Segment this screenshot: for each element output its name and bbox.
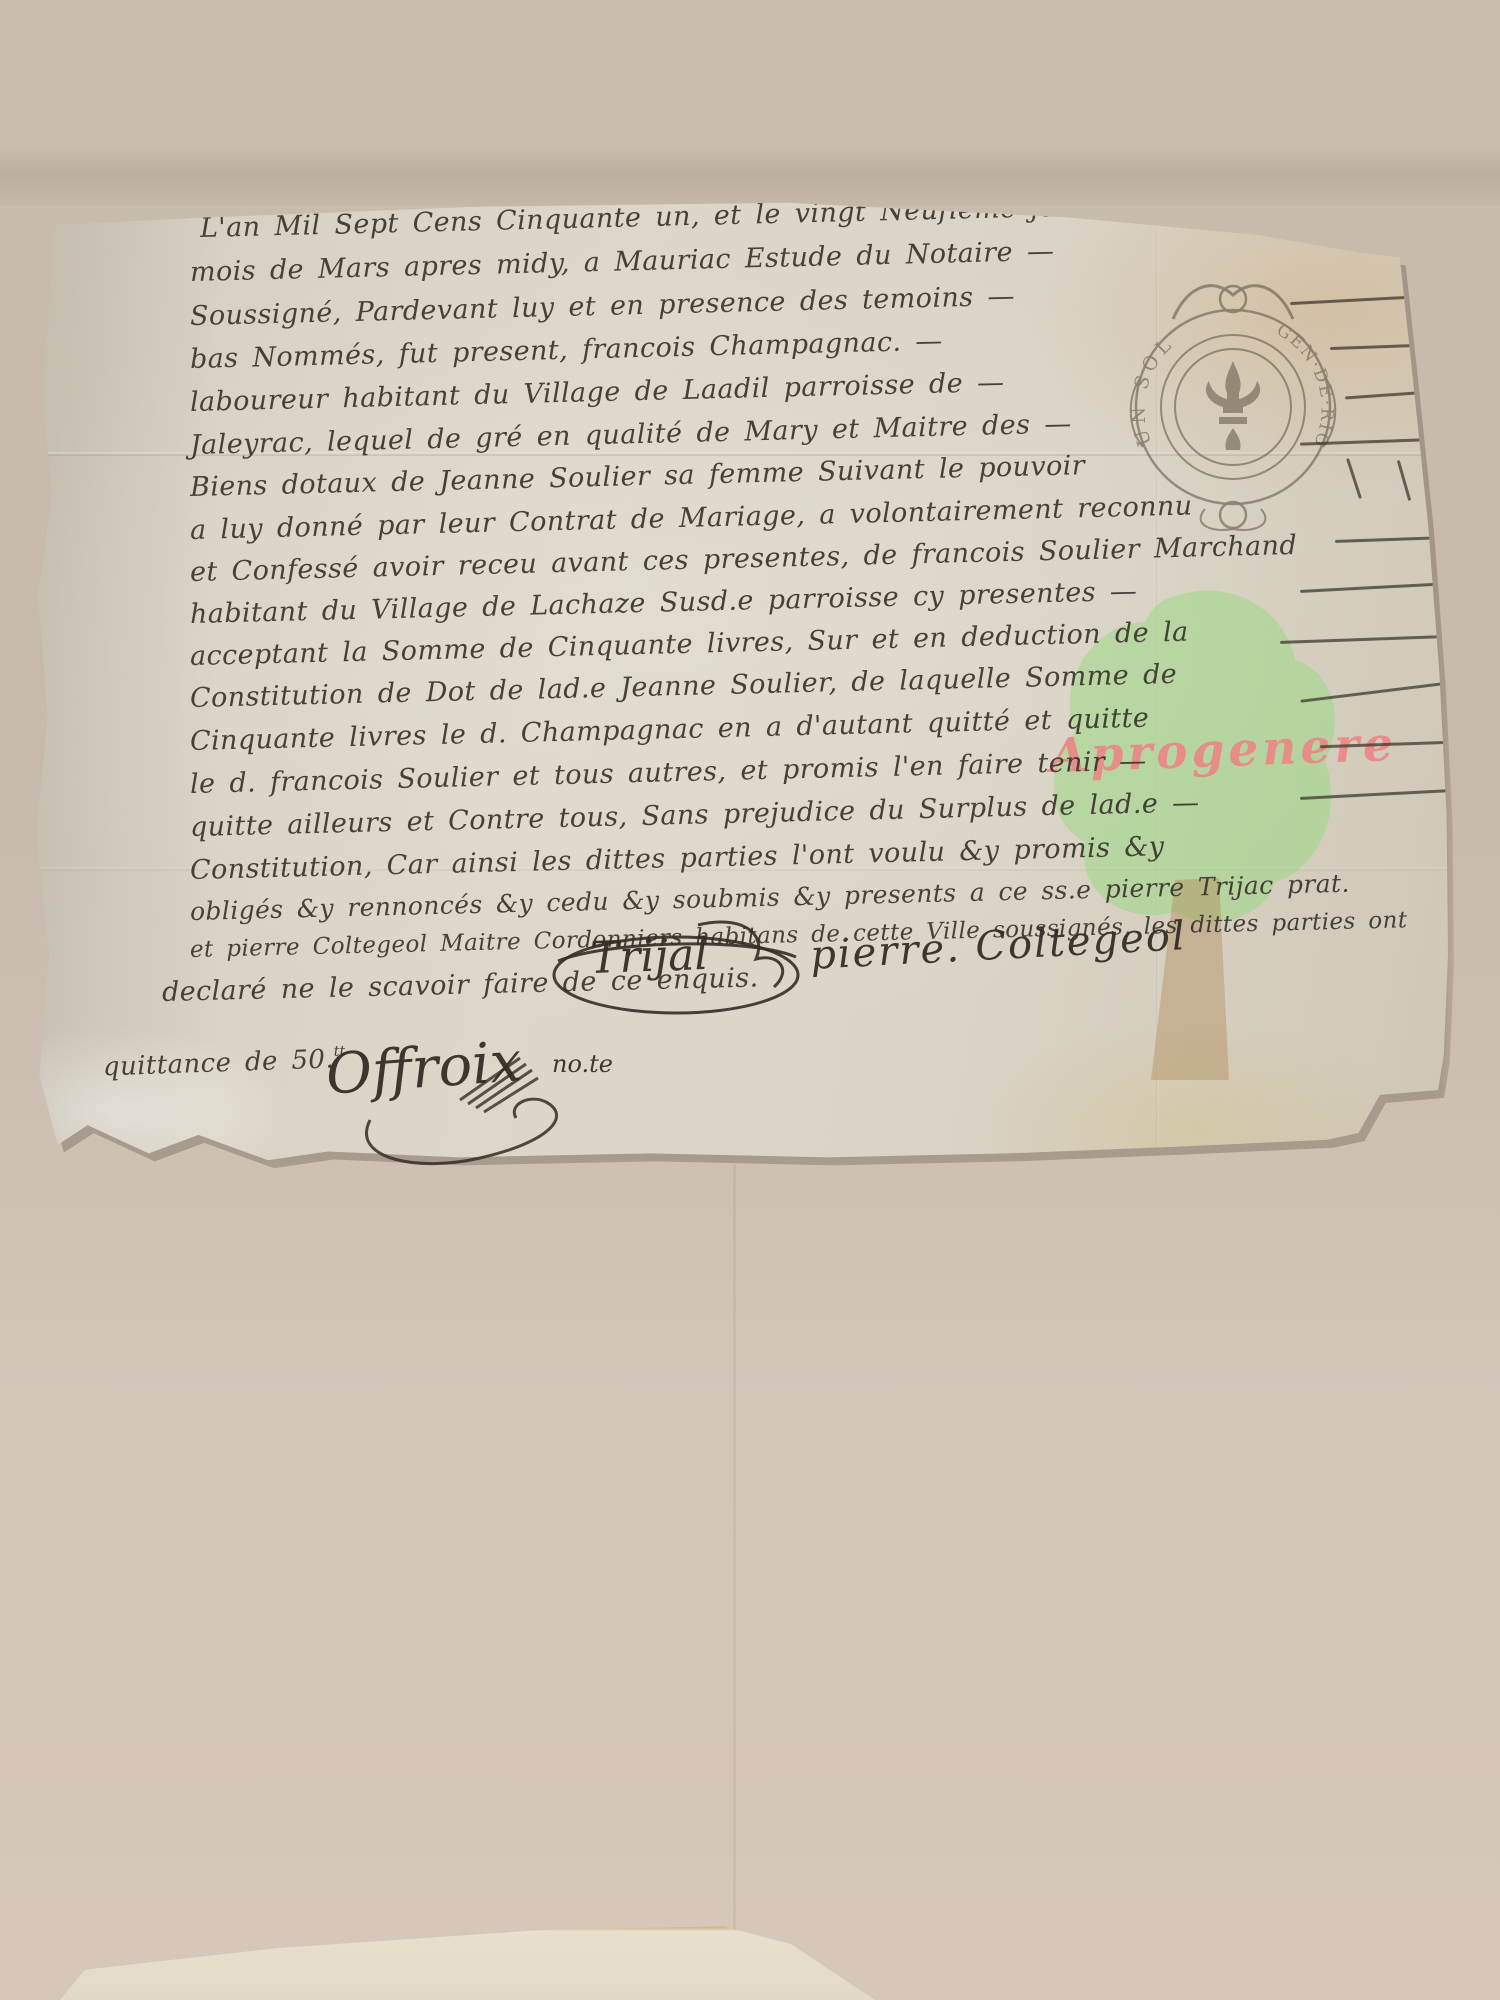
photo-of-manuscript: { "doc": { "lines": [ "L'an Mil Sept Cen… [0,0,1500,2000]
handwriting-line: mois de Mars apres midy, a Mauriac Estud… [190,236,1055,288]
line-filler-stroke [1397,460,1411,501]
signature-trijal: Trijal [589,929,709,984]
notary-flourish [310,1030,610,1170]
manuscript-paper: Aprogenere L'an Mil Sept Cens Cinquante … [28,195,1448,1170]
svg-text:UN SOL: UN SOL [1127,331,1179,448]
stamp-crown-ornament [1173,286,1293,319]
stamp-band-left-text: UN SOL [1127,331,1179,448]
second-paper-corner [60,1920,900,2000]
handwriting-line: Biens dotaux de Jeanne Soulier sa femme … [190,450,1086,503]
line-filler-stroke [1345,390,1445,400]
handwriting-line: laboureur habitant du Village de Laadil … [190,367,1005,418]
backing-fold-streak [733,1165,736,2000]
line-filler-stroke [1438,463,1455,502]
handwriting-line: Soussigné, Pardevant luy et en presence … [190,281,1016,332]
handwriting-line: bas Nommés, fut present, francois Champa… [190,326,943,375]
fleur-de-lis-icon [1206,361,1260,450]
backing-shadow-band [0,148,1500,206]
